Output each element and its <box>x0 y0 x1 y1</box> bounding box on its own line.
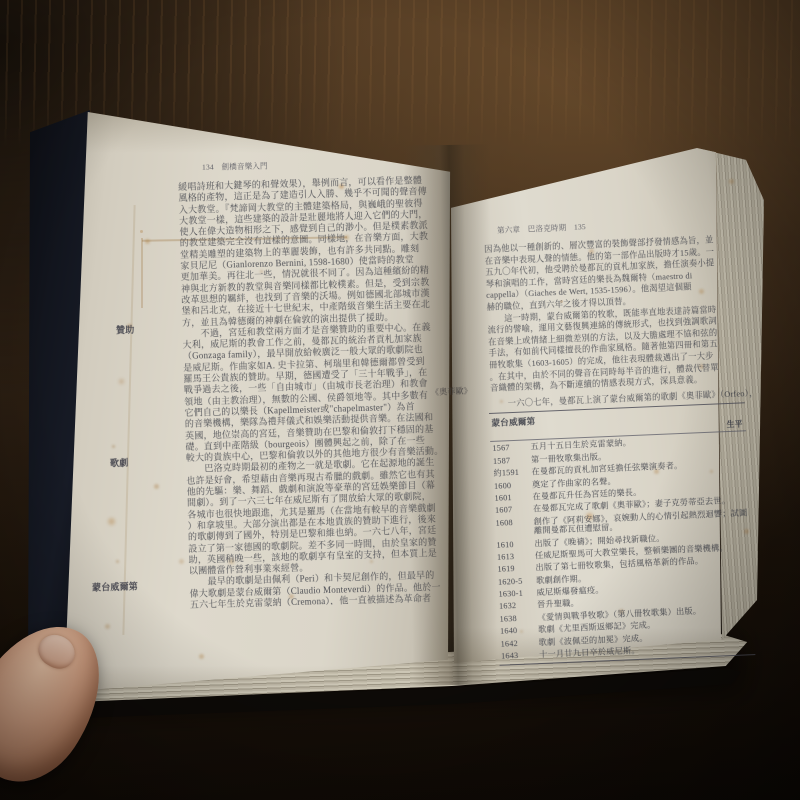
table-row-year: 1620-5 <box>498 576 536 587</box>
left-paragraph-1: 緩唱詩班和大鍵琴的和聲效果），舉例而言，可以看作是整體風格的產物，這正是為了建造… <box>178 173 440 327</box>
foxing-stains-left-page <box>140 230 143 233</box>
table-row-year: 1642 <box>500 638 538 649</box>
left-page-text-column: 緩唱詩班和大鍵琴的和聲效果），舉例而言，可以看作是整體風格的產物，這正是為了建造… <box>178 173 448 609</box>
table-row-year: 1587 <box>493 455 531 466</box>
left-paragraph-3: 巴洛克時期最初的產物之一就是歌劇。它在起源地的誕生也許是好會，希望藉由音樂再現古… <box>186 455 447 575</box>
table-row-year: 1643 <box>501 650 539 661</box>
table-row-year: 1608 <box>495 517 534 538</box>
stain-line-vertical <box>141 238 143 308</box>
table-row-year: 約1591 <box>493 467 531 478</box>
left-page-running-header: 134 劍橋音樂入門 <box>202 160 268 172</box>
table-row-year: 1567 <box>492 443 530 454</box>
table-row-year: 1640 <box>500 625 538 636</box>
right-paragraph-2: 這一時期，蒙台威爾第的牧歌，既能率直地表達詩篇當時流行的譬喻，運用文藝復興連綿的… <box>487 302 752 394</box>
left-paragraph-2: 不過，宮廷和教堂兩方面才是音樂贊助的重要中心。在義大利，威尼斯的教會工作之前，曼… <box>182 320 444 463</box>
thumb-nail <box>33 628 81 674</box>
table-row-year: 1600 <box>494 480 532 491</box>
photo-of-open-book: 134 劍橋音樂入門 第六章 巴洛克時期 135 贊助 歌劇 蒙台威爾第 緩唱詩… <box>0 0 800 800</box>
table-row-year: 1610 <box>496 539 534 550</box>
margin-note-orfeo: 《奧菲歐》 <box>431 385 472 398</box>
table-row-year: 1601 <box>494 492 532 503</box>
margin-label-patronage: 贊助 <box>116 323 135 337</box>
left-paragraph-4: 最早的歌劇是由佩利（Peri）和卡契尼創作的，但最早的偉大歌劇是蒙台威爾第（Cl… <box>189 568 448 609</box>
table-row-year: 1619 <box>497 564 535 575</box>
table-row-year: 1632 <box>499 601 537 612</box>
right-paragraph-1: 因為他以一種創新的、層次豐富的裝飾聲部抒發情感為旨，並在音樂中表現人聲的情態。他… <box>484 232 749 312</box>
table-row-year: 1613 <box>497 551 535 562</box>
margin-label-opera: 歌劇 <box>110 456 129 470</box>
right-page-text-column: 因為他以一種創新的、層次豐富的裝飾聲部抒發情感為旨，並在音樂中表現人聲的情態。他… <box>484 232 753 409</box>
table-row-year: 1638 <box>499 613 537 624</box>
table-rows: 1567五月十五日生於克雷蒙納。1587第一冊牧歌集出版。約1591在曼都瓦的貢… <box>490 431 755 664</box>
margin-label-monteverdi: 蒙台威爾第 <box>92 579 138 593</box>
table-row-year: 1630-1 <box>498 588 536 599</box>
table-row-year: 1607 <box>495 505 533 516</box>
monteverdi-biography-table: 蒙台威爾第 生平 1567五月十五日生於克雷蒙納。1587第一冊牧歌集出版。約1… <box>489 402 755 665</box>
